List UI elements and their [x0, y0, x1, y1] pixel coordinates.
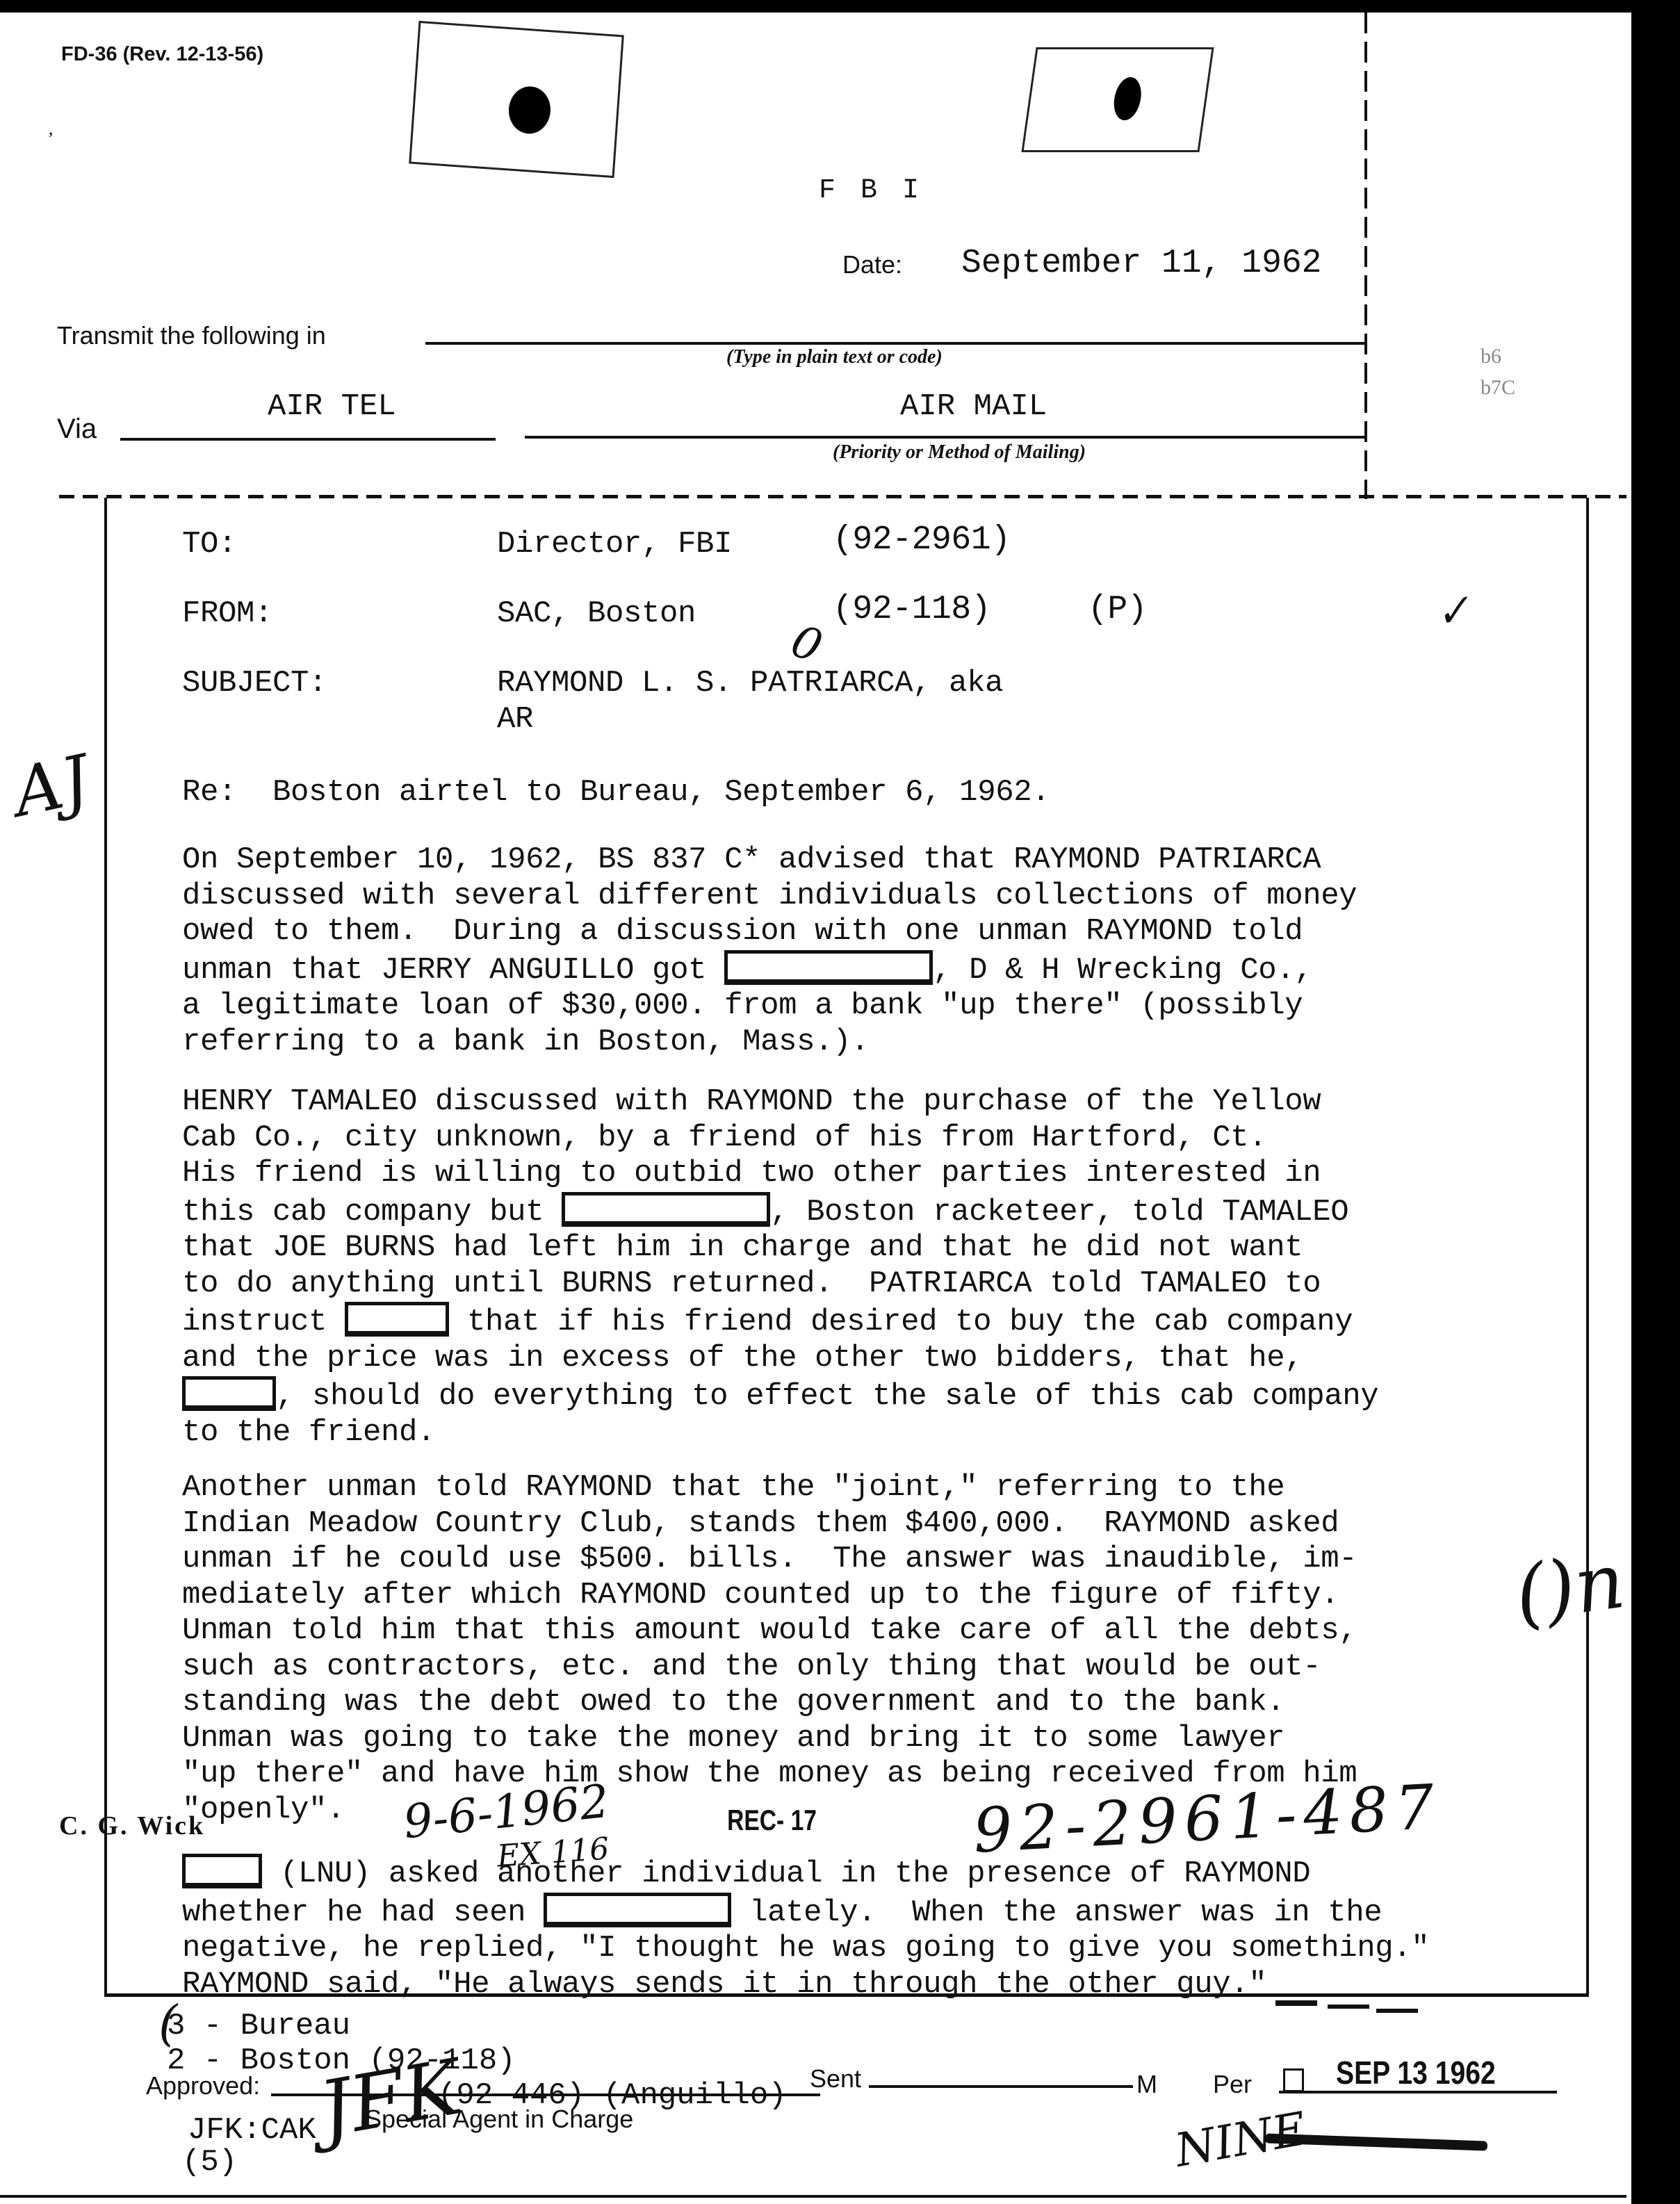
text-line: negative, he replied, "I thought he was …	[182, 1931, 1429, 1967]
approver-caption: Special Agent in Charge	[365, 2105, 633, 2134]
paragraph-1: On September 10, 1962, BS 837 C* advised…	[182, 842, 1357, 1060]
exemption-code-b6: b6	[1481, 344, 1501, 369]
text-span: On September 10, 1962, BS 837 C* advised…	[182, 842, 1321, 877]
text-span: that if his friend desired to buy the ca…	[449, 1305, 1353, 1339]
redaction-box	[724, 950, 933, 985]
text-span: "openly".	[182, 1793, 345, 1827]
text-line: to do anything until BURNS returned. PAT…	[182, 1266, 1378, 1303]
text-span: Another unman told RAYMOND that the "joi…	[182, 1470, 1285, 1505]
text-line: (LNU) asked another individual in the pr…	[182, 1854, 1429, 1893]
text-line: , should do everything to effect the sal…	[182, 1376, 1378, 1415]
via-label: Via	[57, 414, 97, 445]
text-span: , Boston racketeer, told TAMALEO	[770, 1195, 1348, 1230]
text-span: negative, he replied, "I thought he was …	[182, 1931, 1429, 1966]
text-line: Indian Meadow Country Club, stands them …	[182, 1506, 1357, 1542]
scan-border-top	[0, 0, 1680, 13]
text-span: that JOE BURNS had left him in charge an…	[182, 1230, 1303, 1265]
per-label: Per	[1213, 2070, 1252, 2099]
text-line: a legitimate loan of $30,000. from a ban…	[182, 988, 1357, 1025]
text-line: discussed with several different individ…	[182, 879, 1357, 915]
text-span: owed to them. During a discussion with o…	[182, 914, 1303, 949]
subject-line-2: AR	[497, 702, 533, 738]
routing-stamp-name: C. G. Wick	[59, 1811, 205, 1841]
rec-stamp: REC- 17	[727, 1804, 817, 1837]
punch-hole-icon	[1111, 77, 1144, 120]
via-value: AIR TEL	[268, 389, 396, 424]
text-line: Unman told him that this amount would ta…	[182, 1613, 1357, 1649]
handwritten-check-mark: ✓	[1431, 585, 1474, 639]
text-line: such as contractors, etc. and the only t…	[182, 1649, 1357, 1685]
priority-caption: (Priority or Method of Mailing)	[833, 441, 1086, 464]
from-flag: (P)	[1088, 592, 1147, 628]
text-line: His friend is willing to outbid two othe…	[182, 1156, 1378, 1192]
text-line: whether he had seen lately. When the ans…	[182, 1893, 1429, 1932]
paragraph-3: Another unman told RAYMOND that the "joi…	[182, 1470, 1357, 1828]
text-line: unman that JERRY ANGUILLO got , D & H Wr…	[182, 950, 1357, 989]
text-span: mediately after which RAYMOND counted up…	[182, 1578, 1339, 1613]
text-span: unman that JERRY ANGUILLO got	[182, 953, 724, 988]
text-span: Unman was going to take the money and br…	[182, 1721, 1285, 1756]
subject-label: SUBJECT:	[182, 666, 327, 702]
form-divider-vertical	[1364, 13, 1367, 499]
from-label: FROM:	[182, 596, 272, 632]
scan-border-right	[1631, 0, 1680, 2204]
text-span: to the friend.	[182, 1415, 435, 1450]
text-span: lately. When the answer was in the	[731, 1895, 1382, 1930]
exemption-code-b7c: b7C	[1481, 375, 1515, 400]
text-line: Cab Co., city unknown, by a friend of hi…	[182, 1120, 1378, 1157]
text-span: referring to a bank in Boston, Mass.).	[182, 1025, 869, 1059]
to-label: TO:	[182, 527, 236, 563]
transmit-caption: (Type in plain text or code)	[726, 346, 943, 368]
sent-label: Sent	[810, 2064, 861, 2093]
typist-initials: JFK:CAK	[188, 2113, 316, 2148]
text-line: standing was the debt owed to the govern…	[182, 1685, 1357, 1721]
redaction-box	[345, 1302, 449, 1337]
text-span: unman if he could use $500. bills. The a…	[182, 1542, 1357, 1576]
approved-label: Approved:	[146, 2071, 260, 2100]
m-label: M	[1136, 2070, 1157, 2099]
text-line: Unman was going to take the money and br…	[182, 1721, 1357, 1757]
body-frame-left	[104, 498, 107, 1995]
text-line: this cab company but , Boston racketeer,…	[182, 1192, 1378, 1231]
text-line: that JOE BURNS had left him in charge an…	[182, 1230, 1378, 1266]
punch-stamp-left	[409, 21, 624, 178]
via-line	[120, 438, 496, 441]
priority-value: AIR MAIL	[900, 389, 1047, 424]
agency-title: F B I	[819, 175, 923, 206]
from-file-number: (92-118)	[833, 592, 990, 628]
date-value: September 11, 1962	[961, 245, 1321, 282]
transmit-line	[425, 342, 1367, 345]
text-line: unman if he could use $500. bills. The a…	[182, 1542, 1357, 1578]
redaction-box	[562, 1192, 770, 1227]
to-value: Director, FBI	[497, 527, 732, 563]
text-line: HENRY TAMALEO discussed with RAYMOND the…	[182, 1084, 1378, 1120]
stamp-seal-icon	[1283, 2068, 1304, 2092]
from-value: SAC, Boston	[497, 596, 696, 632]
text-span: , should do everything to effect the sal…	[276, 1379, 1378, 1414]
form-number: FD-36 (Rev. 12-13-56)	[61, 43, 263, 66]
handwritten-zero-mark: 0	[785, 615, 829, 673]
text-span: instruct	[182, 1305, 345, 1339]
re-line: Re: Boston airtel to Bureau, September 6…	[182, 775, 1050, 811]
text-line: Another unman told RAYMOND that the "joi…	[182, 1470, 1357, 1506]
text-span: Cab Co., city unknown, by a friend of hi…	[182, 1120, 1266, 1155]
redaction-box	[182, 1376, 276, 1411]
scan-bottom-edge	[0, 2195, 1626, 2198]
to-file-number: (92-2961)	[833, 523, 1011, 559]
text-span: (LNU) asked another individual in the pr…	[262, 1856, 1310, 1891]
text-line: On September 10, 1962, BS 837 C* advised…	[182, 842, 1357, 879]
text-line: instruct that if his friend desired to b…	[182, 1302, 1378, 1341]
text-line: RAYMOND said, "He always sends it in thr…	[182, 1967, 1429, 2003]
redaction-box	[182, 1854, 262, 1888]
text-span: , D & H Wrecking Co.,	[933, 953, 1312, 988]
text-span: HENRY TAMALEO discussed with RAYMOND the…	[182, 1084, 1321, 1119]
text-line: and the price was in excess of the other…	[182, 1341, 1378, 1377]
text-line: to the friend.	[182, 1415, 1378, 1451]
copy-count: (5)	[182, 2145, 237, 2180]
text-span: whether he had seen	[182, 1895, 544, 1930]
text-span: Indian Meadow Country Club, stands them …	[182, 1506, 1339, 1541]
paragraph-2: HENRY TAMALEO discussed with RAYMOND the…	[182, 1084, 1378, 1451]
sent-date-stamp: SEP 13 1962	[1336, 2054, 1496, 2091]
text-line: mediately after which RAYMOND counted up…	[182, 1578, 1357, 1614]
text-span: a legitimate loan of $30,000. from a ban…	[182, 988, 1303, 1023]
text-span: Unman told him that this amount would ta…	[182, 1613, 1357, 1648]
punch-stamp-right	[1021, 47, 1214, 152]
priority-line	[525, 436, 1367, 439]
distribution-bureau: 3 - Bureau	[167, 2009, 350, 2043]
text-span: standing was the debt owed to the govern…	[182, 1685, 1285, 1720]
subject-line-1: RAYMOND L. S. PATRIARCA, aka	[497, 666, 1003, 702]
scan-marks	[1275, 1995, 1477, 2016]
body-frame-right	[1586, 498, 1589, 1995]
punch-hole-icon	[507, 85, 553, 135]
date-label: Date:	[842, 250, 902, 279]
text-line: referring to a bank in Boston, Mass.).	[182, 1025, 1357, 1061]
margin-initials: AJ	[7, 740, 97, 832]
form-divider-horizontal	[59, 495, 1626, 498]
text-span: and the price was in excess of the other…	[182, 1341, 1303, 1376]
text-span: such as contractors, etc. and the only t…	[182, 1649, 1321, 1684]
text-span: to do anything until BURNS returned. PAT…	[182, 1266, 1321, 1301]
per-line	[1279, 2091, 1557, 2093]
redaction-box	[544, 1893, 731, 1927]
text-span: His friend is willing to outbid two othe…	[182, 1156, 1321, 1191]
paragraph-4: (LNU) asked another individual in the pr…	[182, 1854, 1429, 2002]
transmit-label: Transmit the following in	[57, 321, 326, 350]
text-span: RAYMOND said, "He always sends it in thr…	[182, 1967, 1266, 2002]
scan-speck: ,	[49, 118, 54, 139]
handwritten-margin-mark: ()n	[1510, 1536, 1630, 1640]
text-span: this cab company but	[182, 1195, 562, 1230]
text-span: discussed with several different individ…	[182, 879, 1357, 913]
sent-line	[869, 2085, 1133, 2088]
text-line: owed to them. During a discussion with o…	[182, 914, 1357, 950]
